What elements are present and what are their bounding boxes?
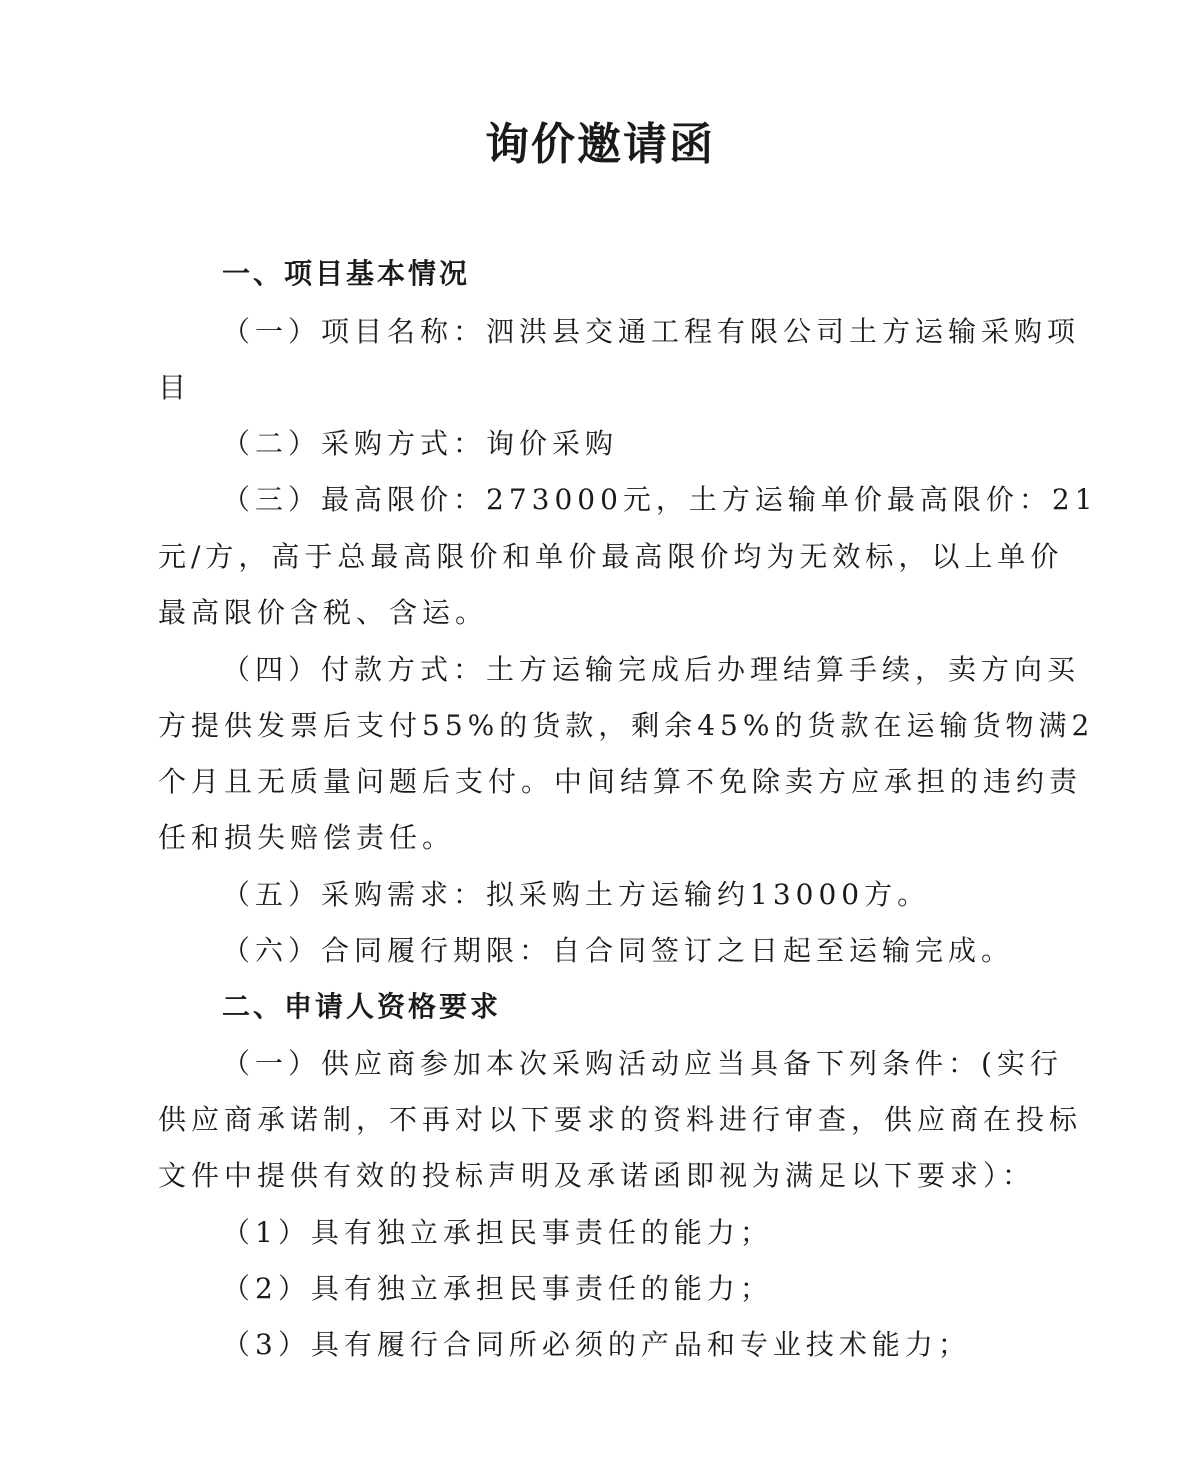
paragraph-line: 任和损失赔偿责任。 <box>158 816 1048 856</box>
paragraph-line: 文件中提供有效的投标声明及承诺函即视为满足以下要求）： <box>158 1154 1048 1194</box>
paragraph-line: 最高限价含税、含运。 <box>158 591 1048 631</box>
paragraph-line: （3）具有履行合同所必须的产品和专业技术能力； <box>222 1323 1112 1363</box>
section-heading: 二、申请人资格要求 <box>222 985 1112 1025</box>
paragraph-line: （一）供应商参加本次采购活动应当具备下列条件：(实行 <box>222 1042 1112 1082</box>
paragraph-line: （二）采购方式：询价采购 <box>222 422 1112 462</box>
paragraph-line: 供应商承诺制，不再对以下要求的资料进行审查，供应商在投标 <box>158 1098 1048 1138</box>
paragraph-line: 方提供发票后支付55%的货款，剩余45%的货款在运输货物满2 <box>158 704 1048 744</box>
paragraph-line: 个月且无质量问题后支付。中间结算不免除卖方应承担的违约责 <box>158 760 1048 800</box>
paragraph-line: （一）项目名称：泗洪县交通工程有限公司土方运输采购项 <box>222 310 1112 350</box>
paragraph-line: （五）采购需求：拟采购土方运输约13000方。 <box>222 873 1112 913</box>
paragraph-line: （三）最高限价：273000元，土方运输单价最高限价：21 <box>222 478 1112 518</box>
section-heading: 一、项目基本情况 <box>222 252 1112 292</box>
paragraph-line: （2）具有独立承担民事责任的能力； <box>222 1267 1112 1307</box>
document-title: 询价邀请函 <box>0 108 1200 172</box>
paragraph-line: （四）付款方式：土方运输完成后办理结算手续，卖方向买 <box>222 648 1112 688</box>
paragraph-line: 目 <box>158 366 1048 406</box>
paragraph-line: 元/方，高于总最高限价和单价最高限价均为无效标，以上单价 <box>158 535 1048 575</box>
paragraph-line: （1）具有独立承担民事责任的能力； <box>222 1211 1112 1251</box>
paragraph-line: （六）合同履行期限：自合同签订之日起至运输完成。 <box>222 929 1112 969</box>
